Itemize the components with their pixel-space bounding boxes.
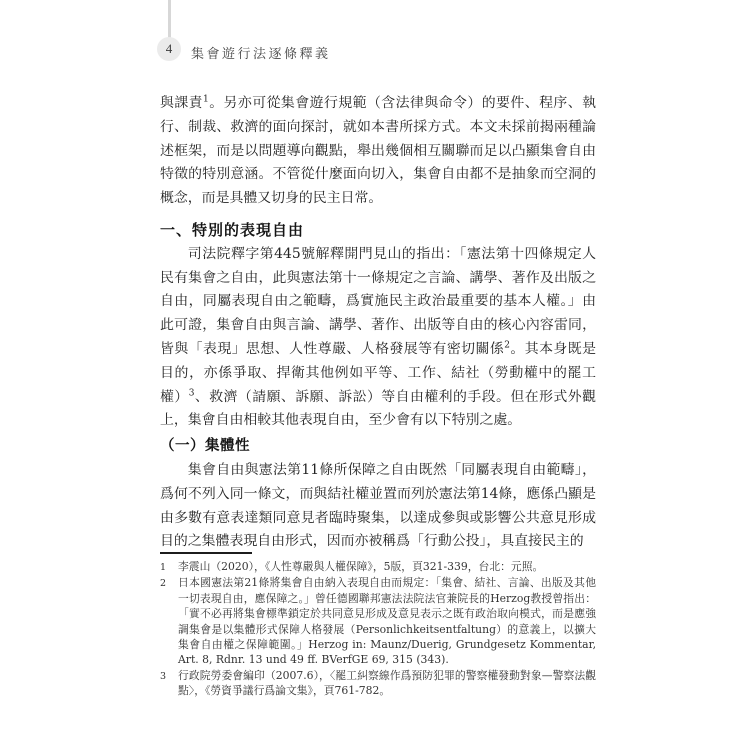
footnote-text: 行政院勞委會編印（2007.6），〈罷工糾察線作爲預防犯罪的警察權發動對象—警察… (178, 668, 596, 699)
paragraph: 集會自由與憲法第11條所保障之自由既然「同屬表現自由範疇」，爲何不列入同一條文，… (160, 459, 596, 554)
footnote-item: 2 日本國憲法第21條將集會自由納入表現自由而規定：「集會、結社、言論、出版及其… (160, 575, 596, 667)
footnote-separator (160, 552, 252, 554)
paragraph-text: 與課責 (160, 95, 203, 111)
page-number-badge: 4 (157, 37, 181, 61)
footnote-item: 3 行政院勞委會編印（2007.6），〈罷工糾察線作爲預防犯罪的警察權發動對象—… (160, 668, 596, 699)
footnote-text: 日本國憲法第21條將集會自由納入表現自由而規定：「集會、結社、言論、出版及其他一… (178, 575, 596, 667)
paragraph-text: 、救濟（請願、訴願、訴訟）等自由權利的手段。但在形式外觀上，集會自由相較其他表現… (160, 389, 596, 429)
footnote-number: 3 (160, 668, 178, 684)
paragraph-text: 。另亦可從集會遊行規範（含法律與命令）的要件、程序、執行、制裁、救濟的面向探討，… (160, 95, 596, 206)
header-vertical-rule (168, 0, 171, 39)
footnote-number: 2 (160, 575, 178, 591)
footnotes-block: 1 李震山（2020），《人性尊嚴與人權保障》，5版，頁321-339，台北：元… (160, 552, 596, 699)
footnote-number: 1 (160, 559, 178, 575)
paragraph: 司法院釋字第445號解釋開門見山的指出：「憲法第十四條規定人民有集會之自由，此與… (160, 243, 596, 433)
book-page: 4 集會遊行法逐條釋義 與課責1。另亦可從集會遊行規範（含法律與命令）的要件、程… (0, 0, 750, 750)
book-title: 集會遊行法逐條釋義 (191, 43, 331, 62)
footnote-text: 李震山（2020），《人性尊嚴與人權保障》，5版，頁321-339，台北：元照。 (178, 559, 596, 574)
page-number: 4 (166, 41, 173, 57)
section-heading: 一、特別的表現自由 (160, 219, 596, 243)
footnote-item: 1 李震山（2020），《人性尊嚴與人權保障》，5版，頁321-339，台北：元… (160, 559, 596, 575)
body-text: 與課責1。另亦可從集會遊行規範（含法律與命令）的要件、程序、執行、制裁、救濟的面… (160, 92, 596, 554)
subsection-heading: （一）集體性 (160, 435, 596, 459)
paragraph-continuation: 與課責1。另亦可從集會遊行規範（含法律與命令）的要件、程序、執行、制裁、救濟的面… (160, 92, 596, 211)
